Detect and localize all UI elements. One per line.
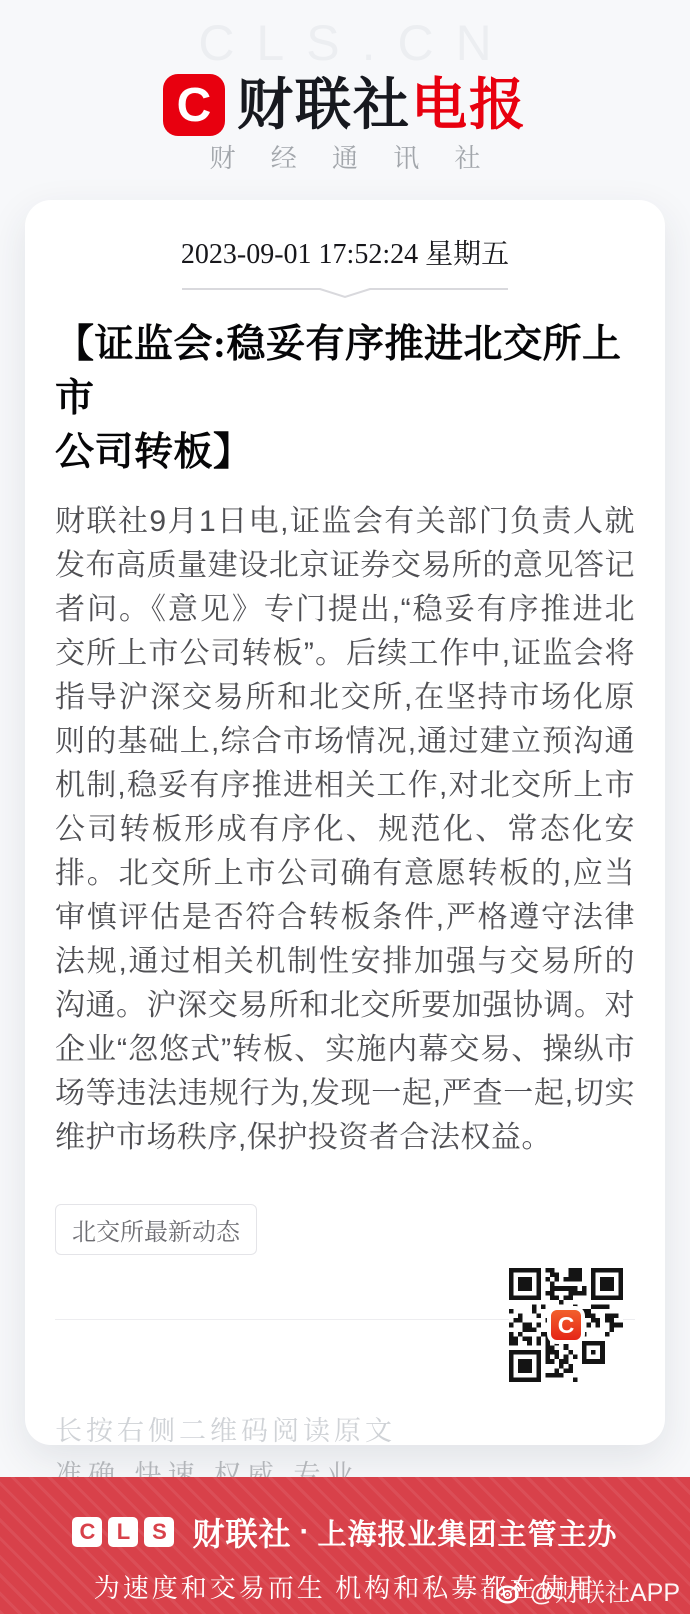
weibo-eye-icon	[495, 1578, 525, 1604]
cls-app-icon: C	[163, 74, 225, 136]
banner-brand-line: C L S 财联社 · 上海报业集团主管主办	[0, 1509, 690, 1555]
cls-letter-box-c: C	[72, 1517, 102, 1547]
qr-code[interactable]: C	[509, 1268, 623, 1382]
cls-telegraph-share-card: CLS.CN C 财联社电报 财 经 通 讯 社 2023-09-01 17:5…	[0, 0, 690, 1614]
article-title: 【证监会:稳妥有序推进北交所上市 公司转板】	[55, 318, 635, 480]
topic-tag[interactable]: 北交所最新动态	[55, 1204, 257, 1255]
date-divider-notch	[180, 286, 510, 300]
app-logo: C 财联社电报	[0, 74, 690, 136]
article-datetime: 2023-09-01 17:52:24 星期五	[55, 238, 635, 272]
banner-brand-name: 财联社	[192, 1509, 291, 1555]
logo-text-black: 财联社	[237, 73, 411, 136]
article-body: 财联社9月1日电,证监会有关部门负责人就发布高质量建设北京证券交易所的意见答记者…	[55, 500, 635, 1160]
weibo-handle: @财联社APP	[530, 1573, 680, 1609]
cls-app-icon-letter: C	[177, 78, 212, 133]
article-title-line-1: 【证监会:稳妥有序推进北交所上市	[55, 318, 635, 426]
banner-separator-dot: ·	[300, 1515, 310, 1549]
logo-text-red: 电报	[411, 73, 527, 136]
article-card: 2023-09-01 17:52:24 星期五 【证监会:稳妥有序推进北交所上市…	[25, 200, 665, 1445]
app-logo-title: 财联社电报	[237, 74, 527, 136]
weibo-watermark: @财联社APP	[495, 1573, 680, 1609]
banner-organizer: 上海报业集团主管主办	[318, 1512, 618, 1553]
brand-banner: C L S 财联社 · 上海报业集团主管主办 为速度和交易而生 机构和私募都在使…	[0, 1477, 690, 1614]
cls-letter-box-l: L	[108, 1517, 138, 1547]
qr-hint-line-1: 长按右侧二维码阅读原文	[55, 1414, 635, 1448]
cls-letter-box-s: S	[144, 1517, 174, 1547]
qr-center-letter: C	[558, 1312, 575, 1339]
app-logo-subtitle: 财 经 通 讯 社	[0, 138, 690, 175]
qr-center-app-icon: C	[547, 1306, 585, 1344]
cls-cn-watermark: CLS.CN	[0, 14, 690, 72]
article-title-line-2: 公司转板】	[55, 426, 635, 480]
